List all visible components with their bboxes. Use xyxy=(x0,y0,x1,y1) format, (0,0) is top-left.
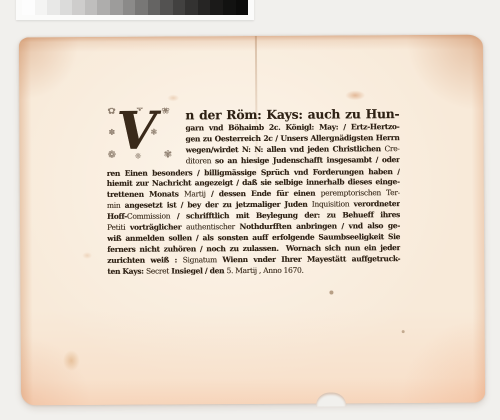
torn-edge-notch xyxy=(316,392,346,406)
text-segment: gen zu Oesterreich 2c / Unsers Allergnäd… xyxy=(185,133,399,143)
floral-ornament-icon: ✽ xyxy=(108,128,115,137)
text-segment: vorträglicher xyxy=(125,222,186,231)
calibration-step xyxy=(110,0,123,15)
text-segment: authentischer xyxy=(186,222,235,231)
calibration-step xyxy=(85,0,98,15)
stain-mark xyxy=(345,90,365,100)
text-segment: min xyxy=(107,201,121,210)
stain-speck xyxy=(402,330,405,333)
text-segment: garn vnd Böhaimb 2c. Königl: May: / Ertz… xyxy=(185,122,399,132)
calibration-step xyxy=(97,0,110,15)
text-segment: n der Röm: Kays: auch zu Hun- xyxy=(185,106,399,122)
text-line: ten Kays: Secret Insiegel / den 5. Marti… xyxy=(107,265,400,278)
floral-ornament-icon: ❀ xyxy=(161,107,169,116)
printed-text-block: V ✿❀❁✾❃✽❈✤ n der Röm: Kays: auch zu Hun-… xyxy=(106,106,400,277)
text-line: ditoren so an hiesige Judenschafft insge… xyxy=(186,155,400,167)
calibration-step xyxy=(210,0,223,15)
heading-line: n der Röm: Kays: auch zu Hun- xyxy=(185,106,399,123)
floral-ornament-icon: ❁ xyxy=(108,150,116,161)
text-line: zurichten weiß : Signatum Wienn vnder Ih… xyxy=(107,254,400,267)
scan-background: V ✿❀❁✾❃✽❈✤ n der Röm: Kays: auch zu Hun-… xyxy=(0,0,500,420)
text-segment: wiß anmelden sollen / als sonsten auff e… xyxy=(107,232,400,243)
calibration-step xyxy=(60,0,73,15)
floral-ornament-icon: ✤ xyxy=(136,107,143,112)
stain-speck xyxy=(329,291,333,295)
document-page: V ✿❀❁✾❃✽❈✤ n der Röm: Kays: auch zu Hun-… xyxy=(19,35,485,406)
text-segment: hiemit zur Nachricht angezeigt / daß sie… xyxy=(107,178,400,189)
text-segment: Insiegel / den xyxy=(169,266,227,275)
text-segment: / schrifftlich mit Beylegung der: zu Beh… xyxy=(170,210,400,220)
text-segment: Nothdurfften anbringen / vnd also ge- xyxy=(235,221,400,231)
ornate-initial-dropcap: V ✿❀❁✾❃✽❈✤ xyxy=(106,107,178,164)
calibration-step xyxy=(72,0,85,15)
calibration-step xyxy=(35,0,48,15)
text-segment: Martij xyxy=(184,190,206,199)
text-segment: ditoren xyxy=(186,156,212,165)
text-segment: Hoff- xyxy=(107,212,127,221)
calibration-step xyxy=(236,0,249,15)
floral-ornament-icon: ✾ xyxy=(164,149,172,160)
calibration-step xyxy=(47,0,60,15)
text-segment: ten Kays: xyxy=(107,266,146,275)
calibration-step xyxy=(148,0,161,15)
calibration-step xyxy=(123,0,136,15)
calibration-step xyxy=(223,0,236,15)
calibration-step xyxy=(173,0,186,15)
calibration-step xyxy=(135,0,148,15)
text-segment: ren Einen besonders / billigmässige Sprü… xyxy=(107,167,400,178)
text-segment: Inquisition xyxy=(312,200,350,209)
opening-lines-column: n der Röm: Kays: auch zu Hun- garn vnd B… xyxy=(185,106,399,167)
calibration-step xyxy=(185,0,198,15)
text-segment: ferners nicht zuhören / noch zu zulassen… xyxy=(107,243,400,254)
text-segment: wegen/wirdet N: N: allen vnd jeden Chris… xyxy=(186,144,385,154)
text-segment: so an hiesige Judenschafft insgesambt / … xyxy=(186,155,400,167)
body-lines: ren Einen besonders / billigmässige Sprü… xyxy=(107,167,401,278)
text-segment: zurichten weiß : xyxy=(107,255,182,264)
text-segment: peremptorischen Ter- xyxy=(321,188,400,197)
calibration-step xyxy=(22,0,35,15)
text-segment: Secret xyxy=(146,266,169,275)
text-segment: Petiti xyxy=(107,223,125,232)
text-segment: angesetzt ist / bey der zu jetzmaliger J… xyxy=(120,200,311,210)
indented-lines: garn vnd Böhaimb 2c. Königl: May: / Ertz… xyxy=(185,122,399,167)
text-segment: / dessen Ende für einen xyxy=(206,189,321,199)
calibration-step xyxy=(198,0,211,15)
text-segment: 5. Martij , Anno 1670. xyxy=(226,265,303,274)
stain-mark xyxy=(82,252,92,259)
text-segment: Wienn vnder Ihrer Mayestätt auffgetruck- xyxy=(217,254,400,264)
text-segment: Signatum xyxy=(183,255,217,264)
calibration-card xyxy=(16,0,254,20)
text-segment: trettenen Monats xyxy=(107,190,184,199)
text-segment: verordneter xyxy=(349,199,400,208)
text-segment: Cre- xyxy=(384,144,399,153)
floral-ornament-icon: ❈ xyxy=(135,152,142,161)
calibration-step xyxy=(160,0,173,15)
grayscale-calibration-strip xyxy=(22,0,248,15)
opening-row: V ✿❀❁✾❃✽❈✤ n der Röm: Kays: auch zu Hun-… xyxy=(106,106,399,167)
floral-ornament-icon: ✿ xyxy=(107,107,115,116)
stain-mark xyxy=(63,350,80,371)
stain-mark xyxy=(167,94,179,101)
text-segment: Commission xyxy=(127,212,170,221)
floral-ornament-icon: ❃ xyxy=(150,128,157,137)
